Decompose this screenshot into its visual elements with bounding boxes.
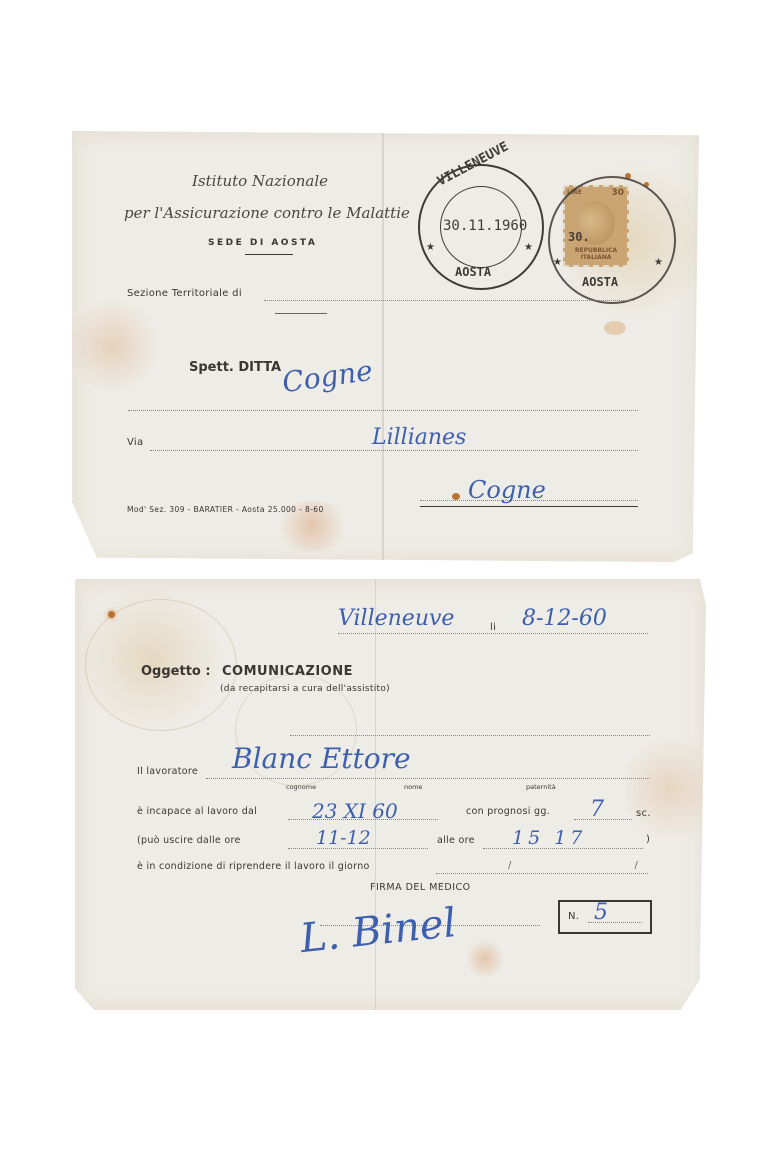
stain [62, 301, 162, 391]
worker-label: Il lavoratore [137, 766, 198, 777]
resume-separators: / / [508, 860, 698, 871]
incapacity-label: è incapace al lavoro dal [137, 806, 257, 817]
handwritten-place: Villeneuve [338, 606, 454, 631]
institute-subtitle: per l'Assicurazione contro le Malattie [124, 204, 410, 222]
city-underline [420, 506, 638, 507]
outing-to-label: alle ore [437, 835, 475, 846]
street-field [150, 450, 638, 451]
place-date-field [338, 633, 648, 634]
subject-title: COMUNICAZIONE [222, 664, 353, 679]
prognosis-label: con prognosi gg. [466, 806, 550, 817]
name-sublabel: nome [404, 783, 422, 791]
handwritten-number: 5 [594, 900, 608, 925]
resume-field [436, 873, 648, 874]
handwritten-incapacity-date: 23 XI 60 [312, 799, 398, 823]
recipient-line-1 [128, 410, 638, 411]
handwritten-street: Lillianes [372, 425, 466, 450]
postmark-right-date: 30. [568, 230, 590, 244]
divider [245, 254, 293, 255]
institute-title: Istituto Nazionale [192, 172, 328, 190]
blank-line [290, 735, 650, 736]
handwritten-date: 8-12-60 [522, 606, 607, 631]
star-icon: ★ [426, 242, 435, 253]
print-imprint: Mod' Sez. 309 - BARATIER - Aosta 25.000 … [127, 505, 324, 514]
doctor-signature-label: FIRMA DEL MEDICO [370, 882, 471, 893]
star-icon: ★ [524, 242, 533, 253]
divider [275, 313, 327, 314]
subject-label: Oggetto : [141, 664, 211, 679]
stain [465, 939, 505, 979]
street-label: Via [127, 437, 143, 448]
number-label: N. [568, 911, 579, 922]
outing-label: (può uscire dalle ore [137, 835, 241, 846]
section-field [264, 300, 634, 301]
star-icon: ★ [654, 257, 663, 268]
subject-note: (da recapitarsi a cura dell'assistito) [220, 684, 390, 694]
resume-label: è in condizione di riprendere il lavoro … [137, 861, 370, 872]
handwritten-city: Cogne [468, 476, 546, 504]
worker-field [206, 778, 650, 779]
rust-spot [108, 611, 115, 618]
postmark-right-city: AOSTA [582, 275, 618, 289]
handwritten-worker: Blanc Ettore [232, 742, 411, 775]
handwritten-prognosis-days: 7 [590, 797, 604, 822]
handwritten-outing-from: 11-12 [316, 827, 371, 849]
postmark-left-date: 30.11.1960 [443, 218, 527, 234]
office-name: SEDE DI AOSTA [208, 238, 317, 248]
section-label: Sezione Territoriale di [127, 288, 242, 299]
rust-spot [452, 493, 460, 500]
li-label: li [490, 622, 496, 633]
surname-sublabel: cognome [286, 783, 316, 791]
stain [75, 589, 225, 729]
recipient-label: Spett. DITTA [189, 360, 281, 375]
fold-crease [382, 131, 384, 562]
handwritten-outing-to: 15 17 [512, 827, 586, 849]
stain [604, 321, 626, 335]
stain [625, 729, 715, 849]
postmark-left-city: AOSTA [455, 265, 491, 279]
number-box: N. 5 [558, 900, 652, 934]
outing-close: ) [646, 834, 650, 845]
star-icon: ★ [553, 257, 562, 268]
prognosis-suffix: sc. [636, 808, 651, 819]
paternity-sublabel: paternità [526, 783, 556, 791]
